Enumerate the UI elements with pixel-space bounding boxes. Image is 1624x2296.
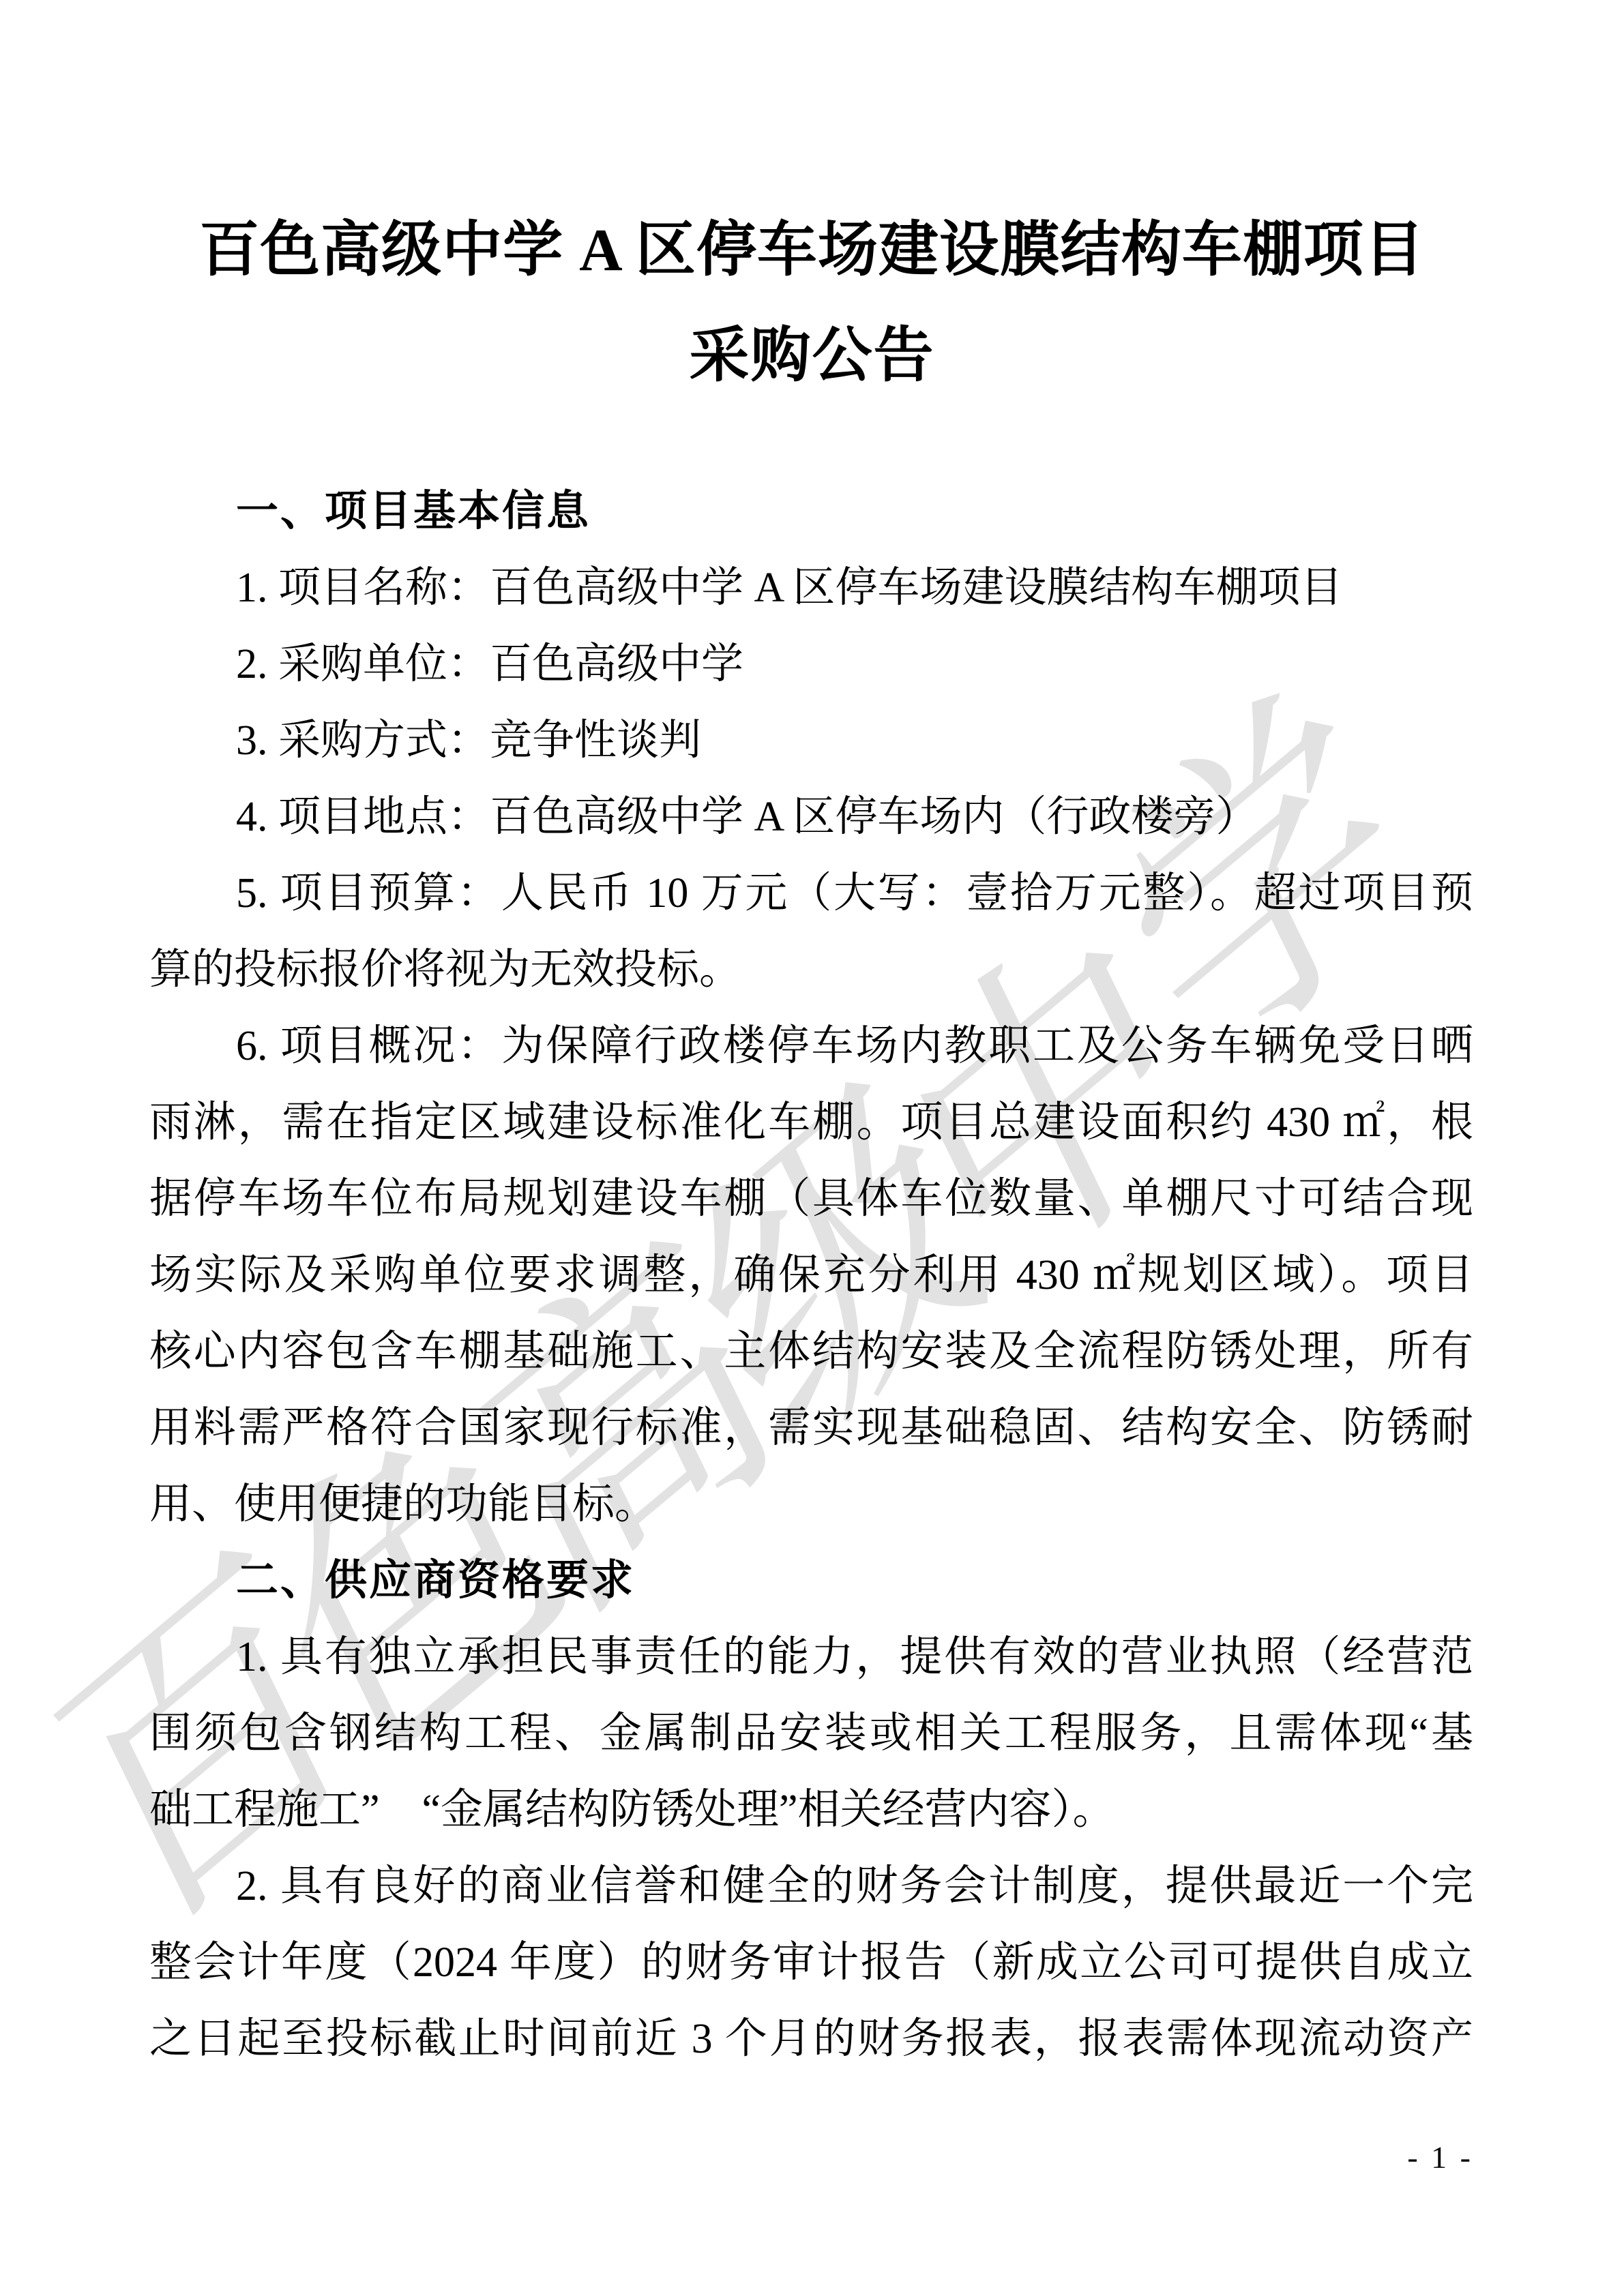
document-title-line2: 采购公告	[0, 323, 1624, 391]
text-line: 6. 项目概况：为保障行政楼停车场内教职工及公务车辆免受日晒	[149, 1008, 1473, 1084]
page-number: - 1 -	[1407, 2140, 1473, 2175]
text-line: 础工程施工” “金属结构防锈处理”相关经营内容）。	[149, 1772, 1473, 1848]
text-line: 2. 采购单位：百色高级中学	[149, 626, 1473, 702]
text-line: 雨淋，需在指定区域建设标准化车棚。项目总建设面积约 430 ㎡，根	[149, 1084, 1473, 1161]
section-heading: 二、供应商资格要求	[149, 1542, 1473, 1619]
text-line: 据停车场车位布局规划建设车棚（具体车位数量、单棚尺寸可结合现	[149, 1161, 1473, 1237]
text-line: 用、使用便捷的功能目标。	[149, 1466, 1473, 1542]
document-title-block: 百色高级中学 A 区停车场建设膜结构车棚项目 采购公告	[0, 217, 1624, 391]
section-heading: 一、项目基本信息	[149, 473, 1473, 550]
text-line: 围须包含钢结构工程、金属制品安装或相关工程服务，且需体现“基	[149, 1695, 1473, 1772]
text-line: 1. 具有独立承担民事责任的能力，提供有效的营业执照（经营范	[149, 1619, 1473, 1695]
text-line: 2. 具有良好的商业信誉和健全的财务会计制度，提供最近一个完	[149, 1848, 1473, 1924]
text-line: 4. 项目地点：百色高级中学 A 区停车场内（行政楼旁）	[149, 779, 1473, 855]
document-body: 一、项目基本信息1. 项目名称：百色高级中学 A 区停车场建设膜结构车棚项目2.…	[149, 473, 1473, 2077]
text-line: 算的投标报价将视为无效投标。	[149, 931, 1473, 1008]
text-line: 3. 采购方式：竞争性谈判	[149, 702, 1473, 779]
text-line: 整会计年度（2024 年度）的财务审计报告（新成立公司可提供自成立	[149, 1924, 1473, 2001]
text-line: 核心内容包含车棚基础施工、主体结构安装及全流程防锈处理，所有	[149, 1313, 1473, 1390]
text-line: 用料需严格符合国家现行标准，需实现基础稳固、结构安全、防锈耐	[149, 1390, 1473, 1466]
text-line: 1. 项目名称：百色高级中学 A 区停车场建设膜结构车棚项目	[149, 550, 1473, 626]
text-line: 之日起至投标截止时间前近 3 个月的财务报表，报表需体现流动资产	[149, 2001, 1473, 2077]
text-line: 场实际及采购单位要求调整，确保充分利用 430 ㎡规划区域）。项目	[149, 1237, 1473, 1313]
document-title-line1: 百色高级中学 A 区停车场建设膜结构车棚项目	[0, 217, 1624, 285]
text-line: 5. 项目预算：人民币 10 万元（大写：壹拾万元整）。超过项目预	[149, 855, 1473, 931]
document-page: 百色高级中学 百色高级中学 A 区停车场建设膜结构车棚项目 采购公告 一、项目基…	[0, 0, 1624, 2296]
